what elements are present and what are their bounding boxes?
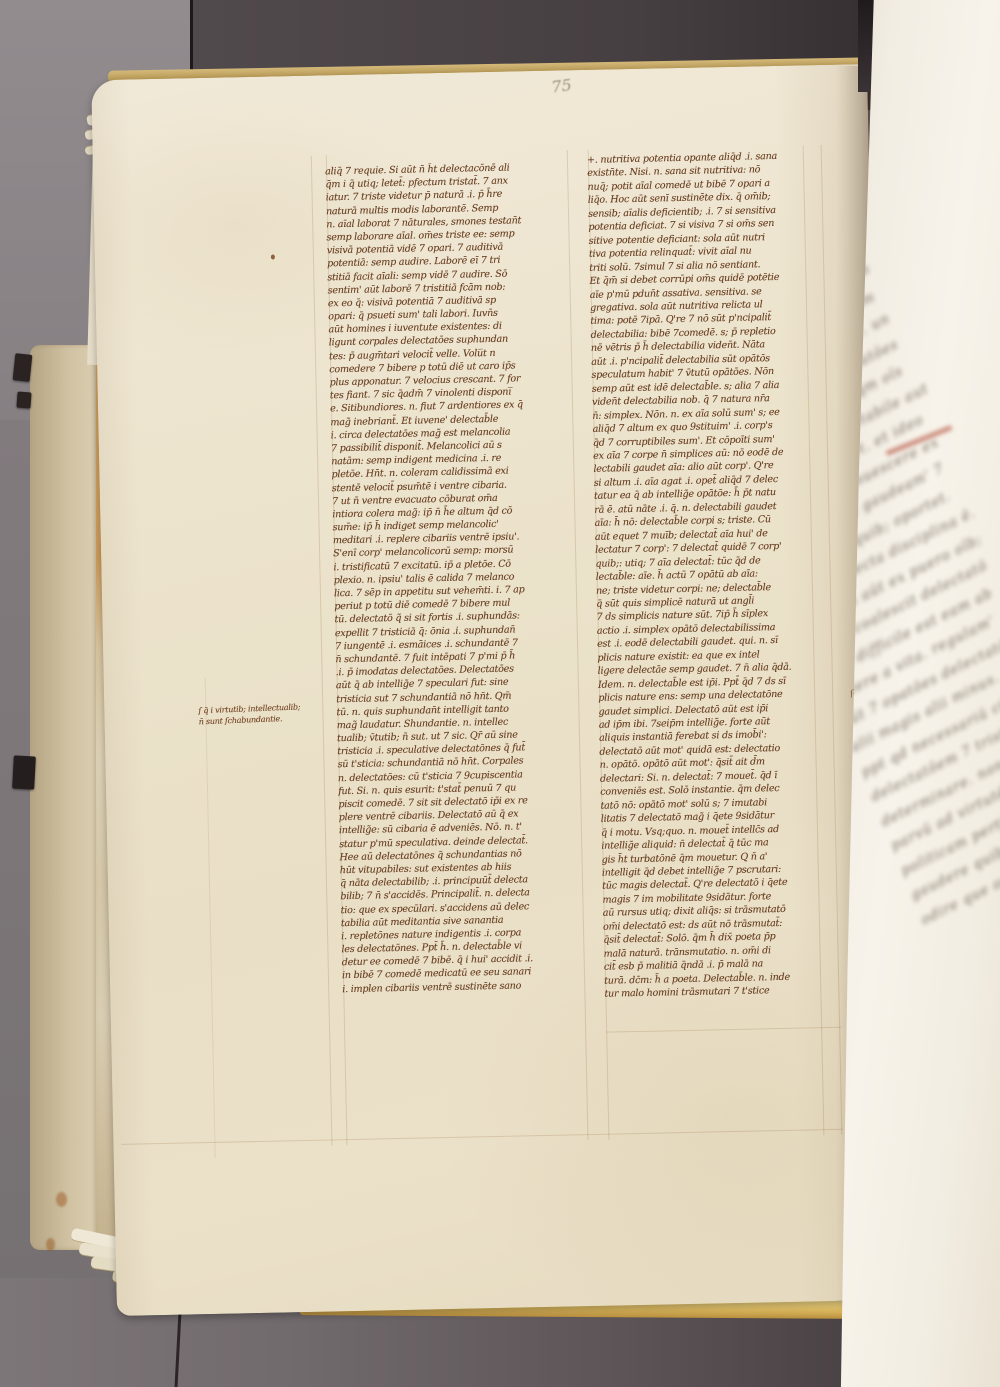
folio-mark: 75 <box>550 75 573 96</box>
page-edge-stain <box>56 1192 67 1207</box>
clasp-remnant-icon <box>16 392 31 409</box>
ruling-line <box>205 678 216 1158</box>
ruling-line <box>121 1129 843 1145</box>
clasp-remnant-icon <box>12 755 36 789</box>
ink-blot <box>271 254 275 259</box>
photograph-of-manuscript: 75 aliq̄ 7 requie. Si aūt n̄ h̄t delecta… <box>0 0 1000 1387</box>
ruling-line <box>606 1027 841 1033</box>
book-board-edge <box>30 345 98 1250</box>
text-column-right: +. nutritiva potentia opante aliq̄d .i. … <box>587 149 845 1003</box>
manuscript-page: 75 aliq̄ 7 requie. Si aūt n̄ h̄t delecta… <box>91 64 893 1316</box>
marginal-annotation: ſ q̄ i virtutib; intellectualib;n̄ sunt … <box>198 700 339 727</box>
text-column-left: aliq̄ 7 requie. Si aūt n̄ h̄t delectacōn… <box>325 160 591 1010</box>
page-edge-stain <box>46 1238 55 1251</box>
background-seam-top <box>190 0 193 76</box>
clasp-remnant-icon <box>13 353 33 382</box>
